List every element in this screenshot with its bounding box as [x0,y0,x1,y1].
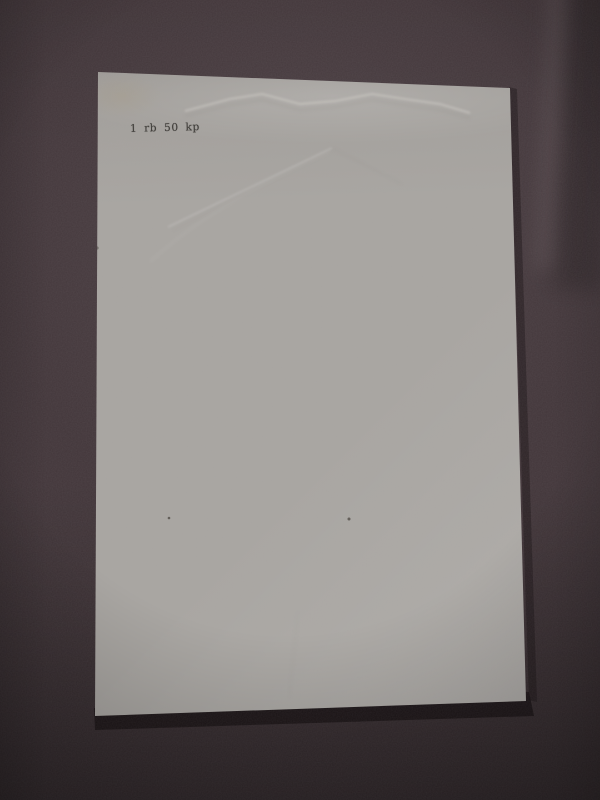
crease-diagonal-left [168,148,332,227]
crease-bottom [289,612,298,698]
photo-book-back-cover: 1 rb 50 kp [0,0,600,800]
paper-speck-left [168,517,171,520]
crease-top-highlight [185,94,470,113]
crease-diagonal-right [332,148,402,184]
crease-curve [150,152,330,262]
paper-speck-right [348,518,351,521]
price-stamp: 1 rb 50 kp [130,120,200,136]
